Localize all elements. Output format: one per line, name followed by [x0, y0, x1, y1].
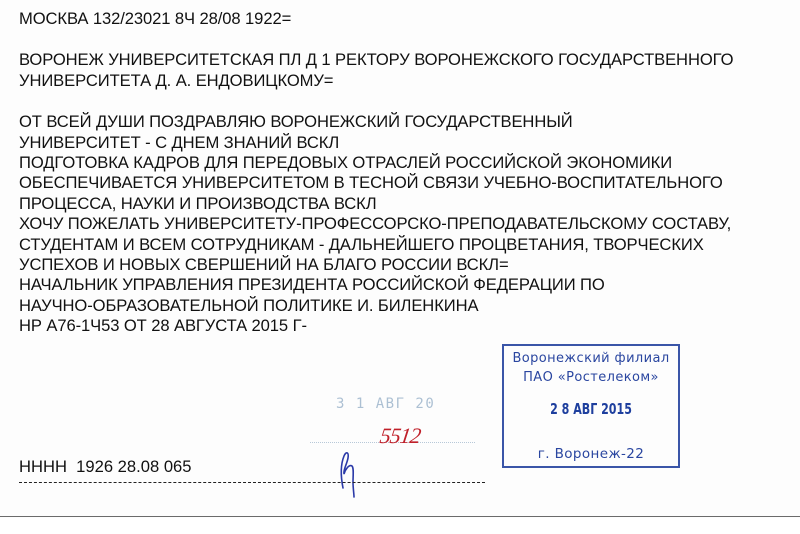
stamp-city: г. Воронеж-22 [504, 446, 678, 462]
paper-edge [0, 516, 800, 517]
address-line: ВОРОНЕЖ УНИВЕРСИТЕТСКАЯ ПЛ Д 1 РЕКТОРУ В… [19, 50, 800, 70]
telegram-footer-code: НННН 1926 28.08 065 [19, 457, 192, 477]
body-line: НАЧАЛЬНИК УПРАВЛЕНИЯ ПРЕЗИДЕНТА РОССИЙСК… [19, 275, 800, 295]
dashed-separator [19, 482, 485, 483]
signature-icon [335, 448, 365, 498]
body-line: НАУЧНО-ОБРАЗОВАТЕЛЬНОЙ ПОЛИТИКЕ И. БИЛЕН… [19, 296, 800, 316]
spacer [19, 91, 800, 112]
body-line: УСПЕХОВ И НОВЫХ СВЕРШЕНИЙ НА БЛАГО РОССИ… [19, 255, 800, 275]
stamp-date: 2 8 АВГ 2015 [520, 400, 663, 418]
body-line: ОТ ВСЕЙ ДУШИ ПОЗДРАВЛЯЮ ВОРОНЕЖСКИЙ ГОСУ… [19, 112, 800, 132]
registration-number: 5512 [378, 423, 422, 449]
body-line: НР А76-1Ч53 ОТ 28 АВГУСТА 2015 Г- [19, 316, 800, 336]
spacer [19, 29, 800, 50]
background-strip [0, 518, 800, 534]
rostelecom-stamp: Воронежский филиал ПАО «Ростелеком» 2 8 … [502, 344, 680, 468]
stamp-org-line: Воронежский филиал [504, 351, 678, 366]
body-line: УНИВЕРСИТЕТ - С ДНЕМ ЗНАНИЙ ВСКЛ [19, 133, 800, 153]
stamp-org-line: ПАО «Ростелеком» [504, 370, 678, 385]
telegram-page: МОСКВА 132/23021 8Ч 28/08 1922= ВОРОНЕЖ … [0, 0, 800, 534]
body-line: ПОДГОТОВКА КАДРОВ ДЛЯ ПЕРЕДОВЫХ ОТРАСЛЕЙ… [19, 153, 800, 173]
telegram-header: МОСКВА 132/23021 8Ч 28/08 1922= [19, 9, 800, 29]
body-line: ОБЕСПЕЧИВАЕТСЯ УНИВЕРСИТЕТОМ В ТЕСНОЙ СВ… [19, 173, 800, 193]
body-line: ХОЧУ ПОЖЕЛАТЬ УНИВЕРСИТЕТУ-ПРОФЕССОРСКО-… [19, 214, 800, 234]
telegram-text: МОСКВА 132/23021 8Ч 28/08 1922= ВОРОНЕЖ … [19, 9, 800, 336]
address-line: УНИВЕРСИТЕТА Д. А. ЕНДОВИЦКОМУ= [19, 71, 800, 91]
body-line: СТУДЕНТАМ И ВСЕМ СОТРУДНИКАМ - ДАЛЬНЕЙШЕ… [19, 235, 800, 255]
received-date-stamp: 3 1 АВГ 20 [336, 396, 435, 412]
body-line: ПРОЦЕССА, НАУКИ И ПРОИЗВОДСТВА ВСКЛ [19, 194, 800, 214]
